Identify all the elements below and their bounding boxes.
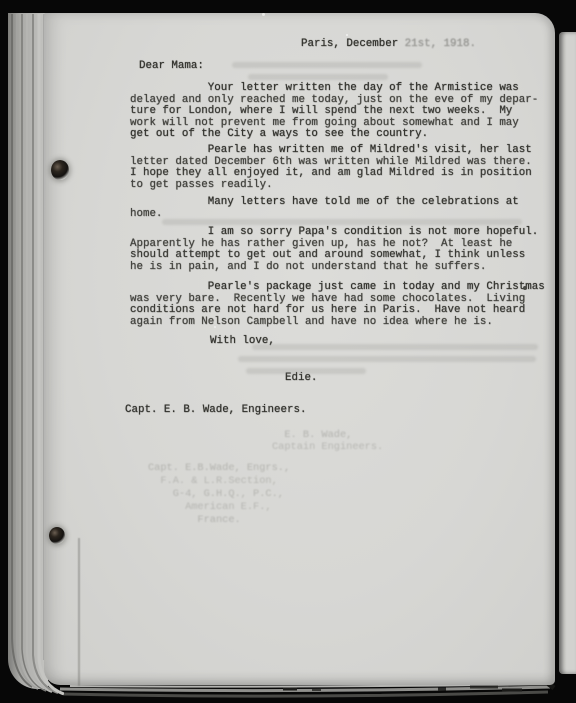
ghost-smudge [248,74,388,80]
letter-line: American E.F., [148,501,290,514]
letter-line: France. [148,514,290,527]
letter-line: get out of the City a ways to see the co… [130,129,538,141]
letter-line: F.A. & L.R.Section, [148,475,290,488]
letter-line: G-4, G.H.Q., P.C., [148,488,290,501]
ghost-smudge [162,219,522,225]
letter-line: Pearle's package just came in today and … [130,282,545,294]
ghost-smudge [238,356,536,362]
letter-line: Many letters have told me of the celebra… [130,197,519,209]
dateline: Paris, December 21st, 1918. [301,39,476,51]
letter-paragraph-4: I am so sorry Papa's condition is not mo… [130,227,538,273]
letter-paragraph-2: Pearle has written me of Mildred's visit… [130,145,532,191]
ghost-address-block: Capt. E.B.Wade, Engrs., F.A. & L.R.Secti… [148,462,290,527]
ghost-smudge [246,368,366,374]
dateline-city: Paris, December [301,38,405,50]
letter-line: Pearle has written me of Mildred's visit… [130,145,532,157]
letter-line: Your letter written the day of the Armis… [130,83,538,95]
binding-brad-bottom [49,527,65,544]
dust-speck [346,34,348,36]
letter-paragraph-5: Pearle's package just came in today and … [130,282,545,328]
letter-line: I am so sorry Papa's condition is not mo… [130,227,538,239]
dust-speck [262,13,265,16]
letter-paragraph-1: Your letter written the day of the Armis… [130,83,538,141]
ghost-signature-block: E. B. Wade,Captain Engineers. [272,429,383,453]
dust-speck [523,286,527,290]
binding-brad-top [51,160,69,180]
letter-line: Capt. E.B.Wade, Engrs., [148,462,290,475]
ghost-smudge [232,62,422,68]
salutation: Dear Mama: [139,61,204,73]
letter-paragraph-3: Many letters have told me of the celebra… [130,197,519,220]
ghost-smudge [252,344,538,350]
letter-line: to get passes readily. [130,180,532,192]
letter-line: again from Nelson Campbell and have no i… [130,317,545,329]
signature-title: Capt. E. B. Wade, Engineers. [125,405,306,417]
letter-line: he is in pain, and I do not understand t… [130,262,538,274]
letter-line: E. B. Wade, [272,429,383,441]
dust-speck [214,326,216,328]
letter-line: Captain Engineers. [272,441,383,453]
adjacent-page-edge [559,32,576,674]
page-crease [78,538,80,686]
dateline-date-faded: 21st, 1918. [405,38,476,50]
scanned-letter-page: Paris, December 21st, 1918. Dear Mama: Y… [0,0,576,703]
signature: Edie. [285,373,317,385]
letter-line: work will not prevent me from going abou… [130,118,538,130]
